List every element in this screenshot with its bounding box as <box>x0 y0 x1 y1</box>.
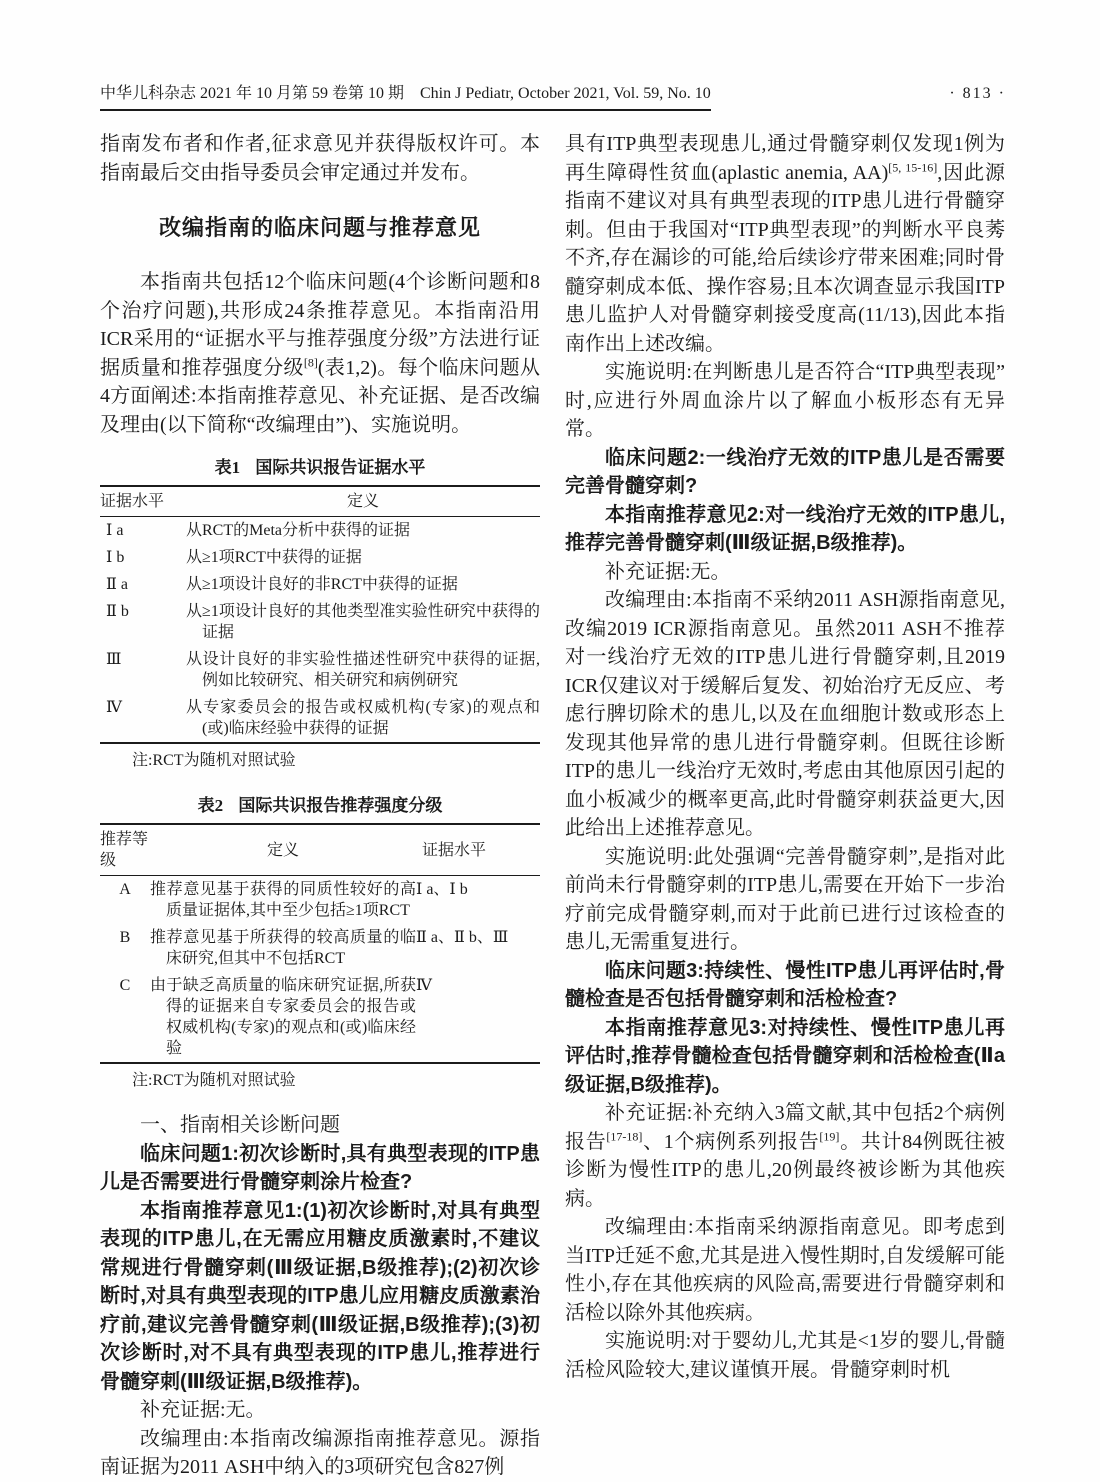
table2-block: 表2国际共识报告推荐强度分级 推荐等级 定义 证据水平 A 推荐意见基于获得的同… <box>100 791 540 1091</box>
level-cell: Ⅳ <box>100 694 186 743</box>
continuation-text-2: ,因此源指南不建议对具有典型表现的ITP患儿进行骨髓穿刺。但由于我国对“ITP典… <box>565 162 1005 355</box>
section-heading: 改编指南的临床问题与推荐意见 <box>100 211 540 242</box>
table-row: C 由于缺乏高质量的临床研究证据,所获得的证据来自专家委员会的报告或权威机构(专… <box>100 972 540 1063</box>
table-row: Ⅲ 从设计良好的非实验性描述性研究中获得的证据,例如比较研究、相关研究和病例研究 <box>100 646 540 694</box>
table2-header-evidence: 证据水平 <box>416 824 540 876</box>
paragraph-overview: 本指南共包括12个临床问题(4个诊断问题和8个治疗问题),共形成24条推荐意见。… <box>100 268 540 439</box>
q1-adaptation-reason: 改编理由:本指南改编源指南推荐意见。源指南证据为2011 ASH中纳入的3项研究… <box>100 1425 540 1482</box>
definition-cell: 推荐意见基于获得的同质性较好的高质量证据体,其中至少包括≥1项RCT <box>150 876 416 925</box>
table2-caption: 国际共识报告推荐强度分级 <box>238 796 442 815</box>
journal-page: 中华儿科杂志 2021 年 10 月第 59 卷第 10 期 Chin J Pe… <box>0 0 1100 1482</box>
q2-adaptation-reason: 改编理由:本指南不采纳2011 ASH源指南意见,改编2019 ICR源指南意见… <box>565 586 1005 843</box>
q3-adaptation-reason: 改编理由:本指南采纳源指南意见。即考虑到当ITP迁延不愈,尤其是进入慢性期时,自… <box>565 1213 1005 1327</box>
table-row: Ⅱ a 从≥1项设计良好的非RCT中获得的证据 <box>100 571 540 598</box>
level-cell: Ⅰ b <box>100 544 186 571</box>
definition-cell: 从设计良好的非实验性描述性研究中获得的证据,例如比较研究、相关研究和病例研究 <box>186 646 540 694</box>
paragraph-continuation: 指南发布者和作者,征求意见并获得版权许可。本指南最后交由指导委员会审定通过并发布… <box>100 130 540 187</box>
evidence-cell: Ⅳ <box>416 972 540 1063</box>
q1-reason-continuation: 具有ITP典型表现患儿,通过骨髓穿刺仅发现1例为再生障碍性贫血(aplastic… <box>565 130 1005 358</box>
level-cell: Ⅲ <box>100 646 186 694</box>
definition-cell: 从≥1项设计良好的其他类型准实验性研究中获得的证据 <box>186 598 540 646</box>
q1-supplementary-evidence: 补充证据:无。 <box>100 1396 540 1425</box>
level-cell: Ⅱ a <box>100 571 186 598</box>
q2-implementation-note: 实施说明:此处强调“完善骨髓穿刺”,是指对此前尚未行骨髓穿刺的ITP患儿,需要在… <box>565 843 1005 957</box>
journal-title-line: 中华儿科杂志 2021 年 10 月第 59 卷第 10 期 Chin J Pe… <box>100 84 711 111</box>
recommendation-2: 本指南推荐意见2:对一线治疗无效的ITP患儿,推荐完善骨髓穿刺(Ⅲ级证据,B级推… <box>565 501 1005 558</box>
table-header-row: 推荐等级 定义 证据水平 <box>100 824 540 876</box>
right-column: 具有ITP典型表现患儿,通过骨髓穿刺仅发现1例为再生障碍性贫血(aplastic… <box>565 130 1005 1384</box>
q1-implementation-note: 实施说明:在判断患儿是否符合“ITP典型表现”时,应进行外周血涂片以了解血小板形… <box>565 358 1005 444</box>
grade-cell: B <box>100 924 150 972</box>
left-column: 指南发布者和作者,征求意见并获得版权许可。本指南最后交由指导委员会审定通过并发布… <box>100 130 540 1482</box>
definition-cell: 从RCT的Meta分析中获得的证据 <box>186 517 540 545</box>
recommendation-3: 本指南推荐意见3:对持续性、慢性ITP患儿再评估时,推荐骨髓检查包括骨髓穿刺和活… <box>565 1014 1005 1100</box>
table-row: Ⅱ b 从≥1项设计良好的其他类型准实验性研究中获得的证据 <box>100 598 540 646</box>
q2-supplementary-evidence: 补充证据:无。 <box>565 558 1005 587</box>
table1-label: 表1 <box>215 458 241 477</box>
table2-recommendation-grades: 推荐等级 定义 证据水平 A 推荐意见基于获得的同质性较好的高质量证据体,其中至… <box>100 823 540 1064</box>
level-cell: Ⅰ a <box>100 517 186 545</box>
clinical-question-2-heading: 临床问题2:一线治疗无效的ITP患儿是否需要完善骨髓穿刺? <box>565 444 1005 501</box>
table2-title: 表2国际共识报告推荐强度分级 <box>100 791 540 816</box>
q3-evidence-text-2: 、1个病例系列报告 <box>642 1131 819 1153</box>
grade-cell: A <box>100 876 150 925</box>
q3-implementation-note: 实施说明:对于婴幼儿,尤其是<1岁的婴儿,骨髓活检风险较大,建议谨慎开展。骨髓穿… <box>565 1327 1005 1384</box>
definition-cell: 从专家委员会的报告或权威机构(专家)的观点和(或)临床经验中获得的证据 <box>186 694 540 743</box>
table2-header-grade: 推荐等级 <box>100 824 150 876</box>
table2-label: 表2 <box>198 796 224 815</box>
evidence-cell: Ⅱ a、Ⅱ b、Ⅲ <box>416 924 540 972</box>
table-row: Ⅳ 从专家委员会的报告或权威机构(专家)的观点和(或)临床经验中获得的证据 <box>100 694 540 743</box>
page-number: · 813 · <box>949 84 1006 104</box>
table2-note: 注:RCT为随机对照试验 <box>100 1070 540 1091</box>
table1-header-definition: 定义 <box>186 486 540 517</box>
section1-heading: 一、指南相关诊断问题 <box>100 1111 540 1140</box>
clinical-question-3-heading: 临床问题3:持续性、慢性ITP患儿再评估时,骨髓检查是否包括骨髓穿刺和活检检查? <box>565 957 1005 1014</box>
definition-cell: 从≥1项设计良好的非RCT中获得的证据 <box>186 571 540 598</box>
evidence-cell: Ⅰ a、Ⅰ b <box>416 876 540 925</box>
table2-header-definition: 定义 <box>150 824 416 876</box>
table-row: Ⅰ a 从RCT的Meta分析中获得的证据 <box>100 517 540 545</box>
citation-ref-5-15-16: [5, 15-16] <box>888 160 937 174</box>
clinical-question-1-heading: 临床问题1:初次诊断时,具有典型表现的ITP患儿是否需要进行骨髓穿刺涂片检查? <box>100 1140 540 1197</box>
recommendation-1: 本指南推荐意见1:(1)初次诊断时,对具有典型表现的ITP患儿,在无需应用糖皮质… <box>100 1197 540 1397</box>
table-row: Ⅰ b 从≥1项RCT中获得的证据 <box>100 544 540 571</box>
definition-cell: 从≥1项RCT中获得的证据 <box>186 544 540 571</box>
table1-block: 表1国际共识报告证据水平 证据水平 定义 Ⅰ a 从RCT的Meta分析中获得的… <box>100 453 540 771</box>
citation-ref-19: [19] <box>819 1129 839 1143</box>
citation-ref-17-18: [17-18] <box>606 1129 642 1143</box>
running-head: 中华儿科杂志 2021 年 10 月第 59 卷第 10 期 Chin J Pe… <box>100 84 1006 111</box>
level-cell: Ⅱ b <box>100 598 186 646</box>
table1-caption: 国际共识报告证据水平 <box>255 458 425 477</box>
table-row: A 推荐意见基于获得的同质性较好的高质量证据体,其中至少包括≥1项RCT Ⅰ a… <box>100 876 540 925</box>
definition-cell: 推荐意见基于所获得的较高质量的临床研究,但其中不包括RCT <box>150 924 416 972</box>
table1-note: 注:RCT为随机对照试验 <box>100 750 540 771</box>
table1-header-level: 证据水平 <box>100 486 186 517</box>
table1-evidence-levels: 证据水平 定义 Ⅰ a 从RCT的Meta分析中获得的证据 Ⅰ b 从≥1项RC… <box>100 485 540 744</box>
table-row: B 推荐意见基于所获得的较高质量的临床研究,但其中不包括RCT Ⅱ a、Ⅱ b、… <box>100 924 540 972</box>
definition-cell: 由于缺乏高质量的临床研究证据,所获得的证据来自专家委员会的报告或权威机构(专家)… <box>150 972 416 1063</box>
q3-supplementary-evidence: 补充证据:补充纳入3篇文献,其中包括2个病例报告[17-18]、1个病例系列报告… <box>565 1099 1005 1213</box>
grade-cell: C <box>100 972 150 1063</box>
table-header-row: 证据水平 定义 <box>100 486 540 517</box>
table1-title: 表1国际共识报告证据水平 <box>100 453 540 478</box>
citation-ref-8: [8] <box>304 355 318 369</box>
